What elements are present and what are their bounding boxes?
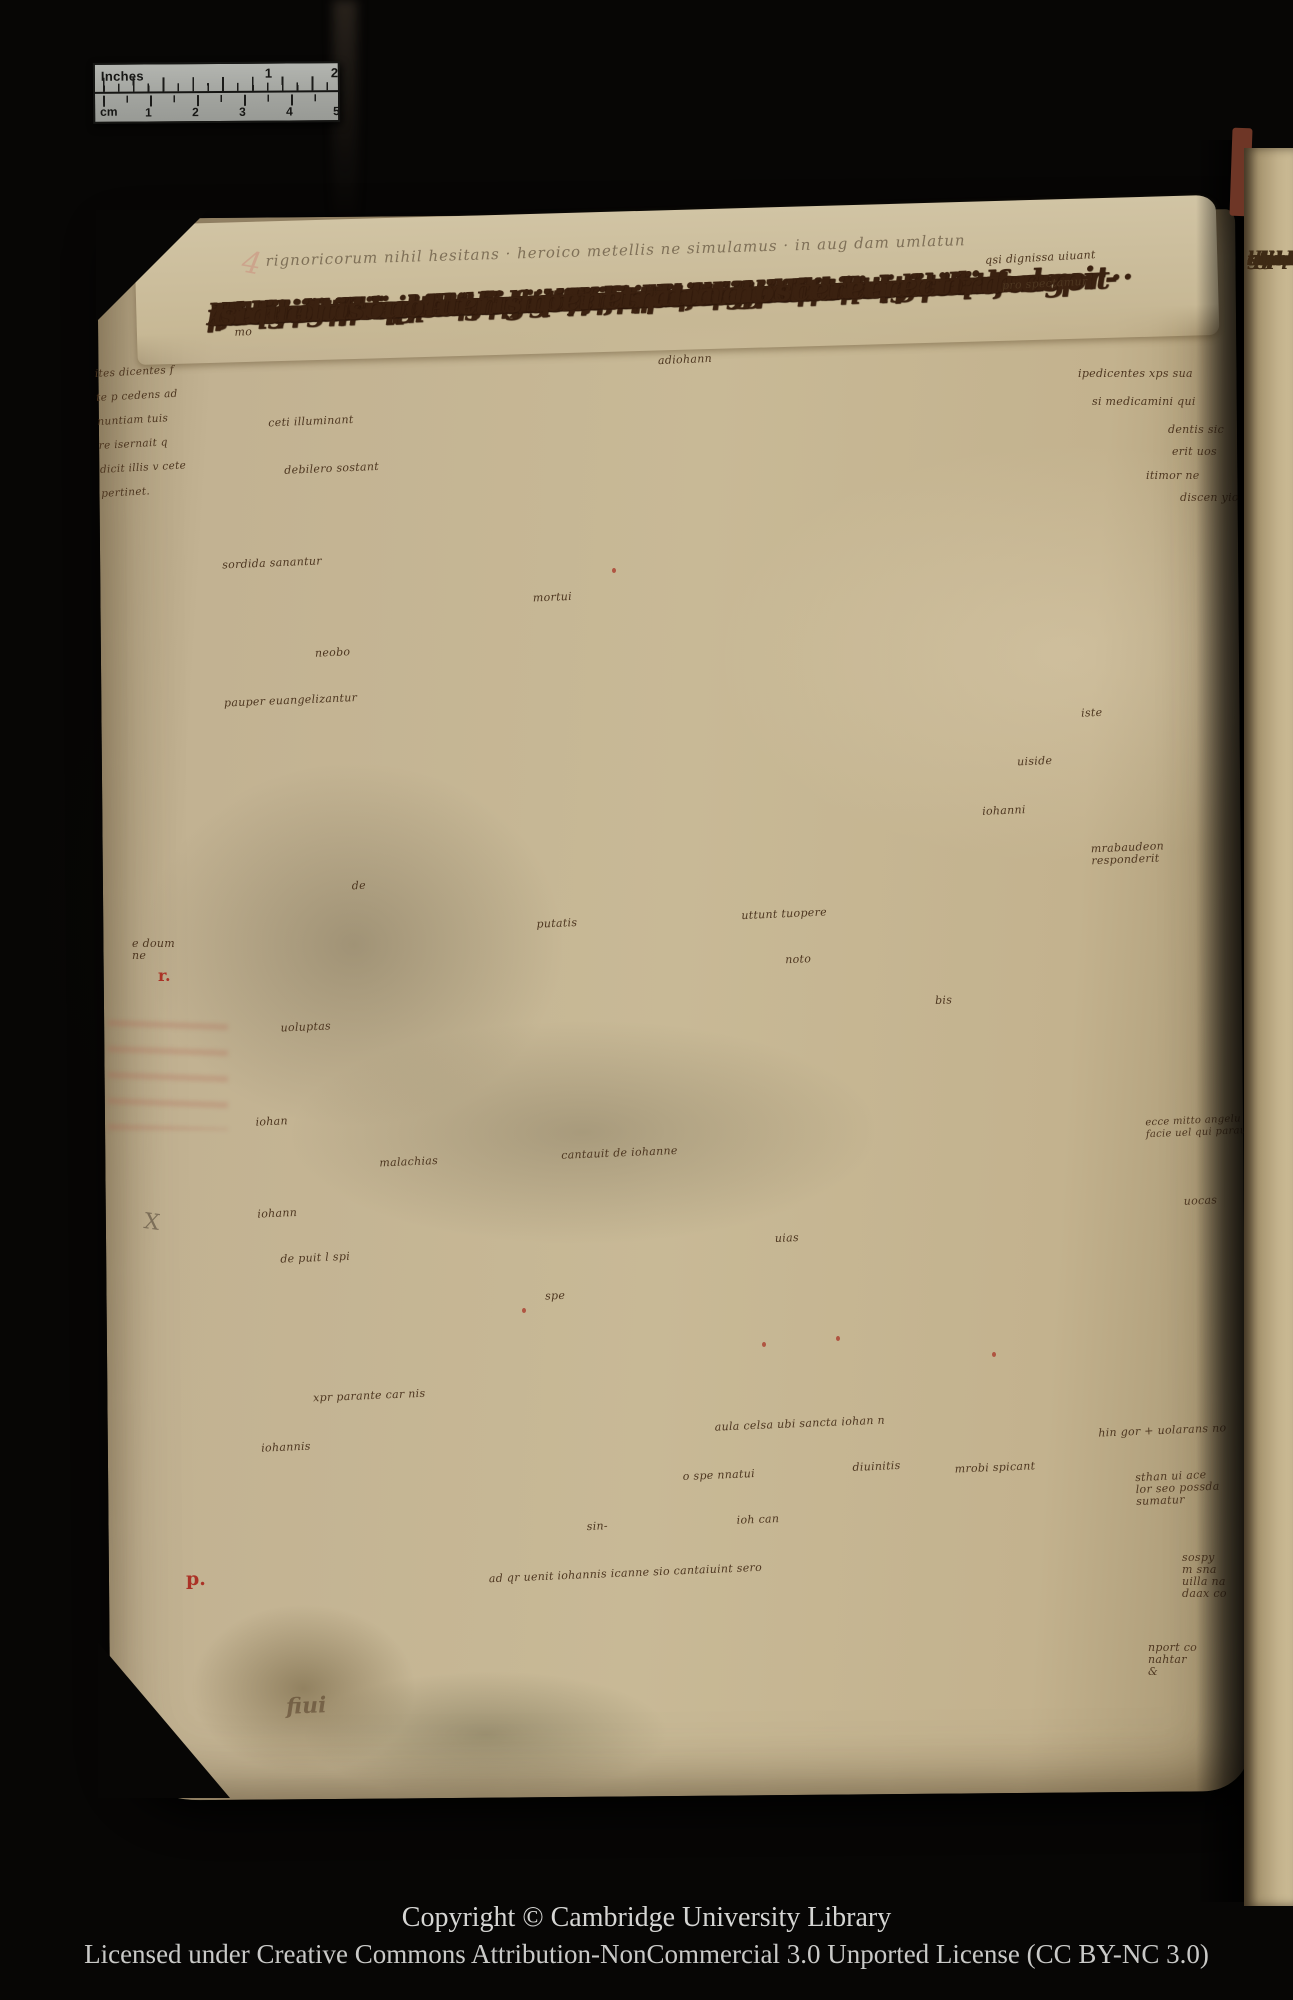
interlinear-gloss: uiside xyxy=(1017,755,1053,768)
red-dot xyxy=(836,1336,840,1341)
ruler-inch-ticks-major xyxy=(103,76,338,92)
text-fragment: gulo qu xyxy=(1244,248,1293,306)
interlinear-gloss: iohan xyxy=(255,1115,288,1128)
interlinear-gloss: de puit l spi xyxy=(280,1251,350,1266)
interlinear-gloss: mortui xyxy=(533,591,573,605)
interlinear-gloss: sin- xyxy=(587,1520,609,1533)
cross-mark: X xyxy=(142,1209,161,1236)
interlinear-gloss: ioh can xyxy=(736,1513,779,1527)
gloss-line: te p cedens ad xyxy=(96,384,246,404)
interlinear-gloss: sordida sanantur xyxy=(222,555,322,571)
copyright-footer: Copyright © Cambridge University Library… xyxy=(0,1902,1293,1970)
colophon-fin: fiui xyxy=(286,1692,327,1720)
license-line: Licensed under Creative Commons Attribut… xyxy=(0,1939,1293,1970)
interlinear-gloss: o spe nnatui xyxy=(683,1468,756,1483)
ruler-cm-row: cm 1 2 3 4 5 xyxy=(95,94,338,122)
gloss-line: dicit illis v cete xyxy=(100,456,250,476)
gloss-line: re isernait q xyxy=(98,432,248,452)
facing-page-edge: aliqr qu lam ipsdu udiat hab ncabi co tg… xyxy=(1244,148,1293,1906)
ruler-cm-number: 3 xyxy=(239,105,246,119)
interlinear-gloss: debilero sostant xyxy=(284,461,379,477)
red-dot xyxy=(612,568,616,573)
interlinear-gloss: ad qr uenit iohannis icanne sio cantaiui… xyxy=(489,1555,919,1585)
interlinear-gloss: bis xyxy=(935,994,953,1007)
interlinear-gloss: noto xyxy=(785,953,811,966)
interlinear-gloss: de xyxy=(352,880,367,893)
book-gutter-shadow xyxy=(1196,140,1248,1902)
right-margin-gloss: ipedicentes xps sua xyxy=(1078,368,1193,380)
gloss-line: nuntiam tuis xyxy=(97,408,247,428)
faded-rubric-smudge xyxy=(108,1010,228,1130)
interlinear-gloss: pauper euangelizantur xyxy=(224,692,358,710)
ruler-cm-number: 1 xyxy=(145,105,152,119)
interlinear-gloss: uttunt tuopere xyxy=(741,906,827,922)
ruler-cm-number: 4 xyxy=(286,104,293,118)
rubric-mark: p. xyxy=(186,1568,206,1590)
interlinear-gloss: spe xyxy=(545,1290,566,1303)
right-margin-gloss: itimor ne xyxy=(1146,470,1200,482)
photograph: Inches 1 2 cm 1 2 3 4 5 rignoricorum nih… xyxy=(0,0,1293,2000)
interlinear-gloss: iohanni xyxy=(982,804,1026,818)
interlinear-gloss: mo xyxy=(234,326,252,339)
red-dot xyxy=(522,1308,526,1313)
interlinear-gloss: aula celsa ubi sancta iohan n xyxy=(715,1415,886,1434)
left-margin-gloss: e doum ne xyxy=(132,938,192,962)
measurement-ruler: Inches 1 2 cm 1 2 3 4 5 xyxy=(93,61,340,124)
interlinear-gloss: iohann xyxy=(257,1207,297,1221)
interlinear-gloss: neobo xyxy=(315,646,351,659)
ruler-cm-number: 5 xyxy=(333,104,340,118)
verse-text-block: pollicita que christus nostro subtempore… xyxy=(205,254,1293,1766)
copyright-line: Copyright © Cambridge University Library xyxy=(0,1902,1293,1934)
right-margin-gloss: si medicamini qui xyxy=(1092,396,1196,408)
rubric-mark: r. xyxy=(158,966,171,985)
interlinear-gloss: xpr parante car nis xyxy=(313,1388,426,1405)
interlinear-gloss: iste xyxy=(1081,707,1103,720)
ruler-cm-ticks-major xyxy=(103,94,338,107)
gloss-line: ites dicentes f xyxy=(95,360,245,380)
interlinear-gloss: uoluptas xyxy=(280,1020,331,1034)
interlinear-gloss: cantauit de iohanne xyxy=(561,1145,678,1162)
ruler-cm-number: 2 xyxy=(192,105,199,119)
interlinear-gloss: uias xyxy=(775,1232,799,1245)
interlinear-gloss: malachias xyxy=(379,1155,438,1169)
interlinear-gloss: adiohann xyxy=(658,353,712,367)
red-dot xyxy=(992,1352,996,1357)
red-dot xyxy=(762,1342,766,1347)
interlinear-gloss: diuinitis xyxy=(852,1460,901,1474)
ruler-inches-row: Inches 1 2 xyxy=(95,63,338,94)
interlinear-gloss: putatis xyxy=(536,917,577,931)
left-margin-gloss-block: ites dicentes f te p cedens ad nuntiam t… xyxy=(94,348,252,512)
interlinear-gloss: iohannis xyxy=(261,1441,311,1455)
ruler-cm-label: cm xyxy=(100,105,117,119)
gloss-line: pertinet. xyxy=(101,480,251,500)
margin-gloss: mrabaudeon responderit xyxy=(1091,838,1212,867)
interlinear-gloss: ceti illuminant xyxy=(268,414,354,430)
interlinear-gloss: mrobi spicant xyxy=(954,1460,1035,1475)
